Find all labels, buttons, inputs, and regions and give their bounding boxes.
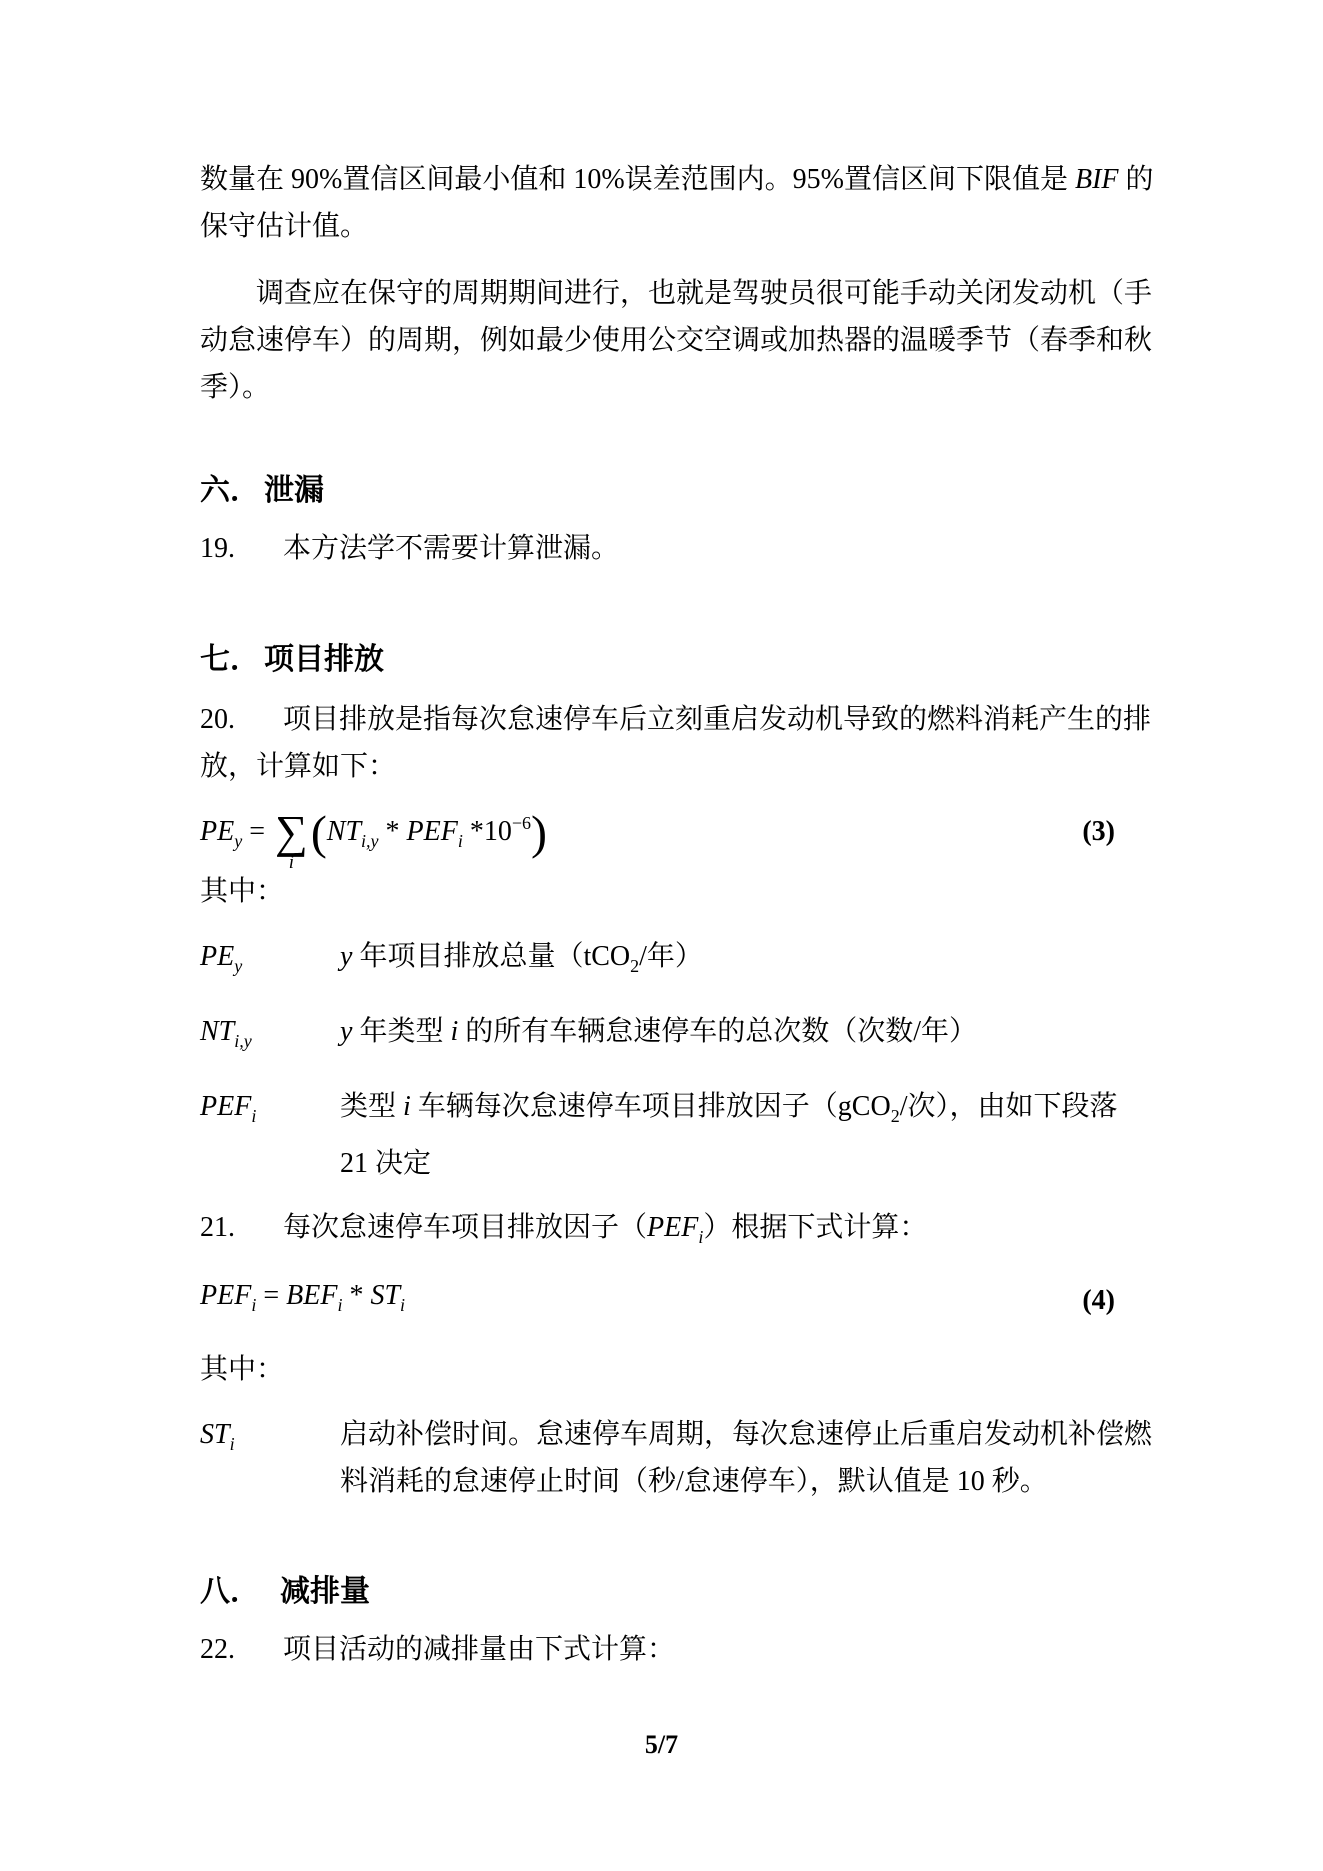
equation-number: (4) (1082, 1285, 1115, 1317)
paragraph-survey-period: 调查应在保守的周期期间进行，也就是驾驶员很可能手动关闭发动机（手 动怠速停车）的… (200, 270, 1115, 411)
where-label: 其中： (200, 1346, 1115, 1393)
text-run: 保守估计值。 (200, 211, 368, 242)
equals-sign: = (256, 1280, 286, 1311)
text-line: 料消耗的怠速停止时间（秒/怠速停车），默认值是 10 秒。 (340, 1458, 1152, 1505)
text-line: 放，计算如下： (200, 743, 1115, 790)
equation-number: (3) (1082, 816, 1115, 848)
definition-term: PEFi (200, 1083, 340, 1187)
subscript: 2 (630, 956, 639, 976)
section-title: 泄漏 (264, 474, 324, 507)
variable-pe: PE (200, 941, 234, 972)
equation-4: PEFi = BEFi * STi (4) (200, 1277, 1115, 1324)
text-line: 22.项目活动的减排量由下式计算： (200, 1626, 1115, 1673)
text-run: 启动补偿时间。怠速停车周期，每次怠速停止后重启发动机补偿燃 (340, 1419, 1152, 1450)
variable-pef: PEF (200, 1091, 251, 1122)
definition-row-st: STi 启动补偿时间。怠速停车周期，每次怠速停止后重启发动机补偿燃 料消耗的怠速… (200, 1411, 1115, 1505)
paragraph-confidence-interval: 数量在 90%置信区间最小值和 10%误差范围内。95%置信区间下限值是 BIF… (200, 156, 1115, 250)
subscript: i (230, 1434, 235, 1454)
page-number-text: 5/7 (645, 1730, 678, 1759)
summation-index: i (289, 853, 294, 873)
close-paren: ) (531, 807, 547, 860)
section-title: 减排量 (280, 1575, 370, 1608)
text-line: 启动补偿时间。怠速停车周期，每次怠速停止后重启发动机补偿燃 (340, 1411, 1152, 1458)
equation-3-formula: PEy = ∑i(NTi,y * PEFi *10−6) (200, 788, 547, 876)
subscript: i,y (361, 831, 379, 851)
subscript: i (251, 1106, 256, 1126)
summation-symbol: ∑i (275, 811, 308, 873)
text-line: y 年项目排放总量（tCO2/年） (340, 933, 1115, 990)
text-run: 放，计算如下： (200, 751, 396, 782)
paragraph-number: 19. (200, 525, 283, 572)
text-run: 调查应在保守的周期期间进行，也就是驾驶员很可能手动关闭发动机（手 (256, 278, 1152, 309)
definition-row-nt: NTi,y y 年类型 i 的所有车辆怠速停车的总次数（次数/年） (200, 1008, 1115, 1065)
text-line: 动怠速停车）的周期，例如最少使用公交空调或加热器的温暖季节（春季和秋 (200, 317, 1115, 364)
paragraph-number: 21. (200, 1204, 283, 1251)
variable-pef: PEF (407, 816, 458, 847)
paragraph-20: 20.项目排放是指每次怠速停车后立刻重启发动机导致的燃料消耗产生的排 放，计算如… (200, 696, 1115, 790)
equation-3: PEy = ∑i(NTi,y * PEFi *10−6) (3) (200, 796, 1115, 868)
exponent: −6 (512, 813, 531, 833)
operator: *10 (463, 816, 512, 847)
definition-row-pef: PEFi 类型 i 车辆每次怠速停车项目排放因子（gCO2/次），由如下段落 2… (200, 1083, 1115, 1187)
paragraph-number: 22. (200, 1626, 283, 1673)
variable-pef: PEF (200, 1280, 251, 1311)
variable-i: i (403, 1091, 411, 1122)
definition-text: 类型 i 车辆每次怠速停车项目排放因子（gCO2/次），由如下段落 21 决定 (340, 1083, 1117, 1187)
text-run: ）根据下式计算： (703, 1212, 927, 1243)
variable-bef: BEF (286, 1280, 337, 1311)
text-run: 年类型 (352, 1016, 450, 1047)
sigma-icon: ∑ (275, 811, 308, 853)
section-number: 八． (200, 1570, 280, 1614)
text-run: 年项目排放总量（tCO (352, 941, 630, 972)
text-run: 项目活动的减排量由下式计算： (283, 1634, 675, 1665)
variable-nt: NT (327, 816, 361, 847)
subscript: i (400, 1295, 405, 1315)
text-run: /次），由如下段落 (900, 1091, 1118, 1122)
variable-y: y (340, 1016, 352, 1047)
definition-term: NTi,y (200, 1008, 340, 1065)
definition-text: y 年项目排放总量（tCO2/年） (340, 933, 1115, 990)
definition-row-pe: PEy y 年项目排放总量（tCO2/年） (200, 933, 1115, 990)
text-run: 21 决定 (340, 1148, 431, 1179)
text-run: 料消耗的怠速停止时间（秒/怠速停车），默认值是 10 秒。 (340, 1466, 1048, 1497)
text-run: 的所有车辆怠速停车的总次数（次数/年） (458, 1016, 977, 1047)
text-run: /年） (639, 941, 703, 972)
subscript: 2 (891, 1106, 900, 1126)
section-number: 七． (200, 638, 264, 682)
variable-pef: PEF (647, 1212, 698, 1243)
document-page: 数量在 90%置信区间最小值和 10%误差范围内。95%置信区间下限值是 BIF… (0, 0, 1323, 1871)
section-heading-leakage: 六．泄漏 (200, 469, 1115, 513)
text-line: y 年类型 i 的所有车辆怠速停车的总次数（次数/年） (340, 1008, 1115, 1055)
operator: * (379, 816, 407, 847)
variable-nt: NT (200, 1016, 234, 1047)
text-run: 本方法学不需要计算泄漏。 (283, 533, 619, 564)
text-line: 类型 i 车辆每次怠速停车项目排放因子（gCO2/次），由如下段落 (340, 1083, 1117, 1140)
paragraph-21: 21.每次怠速停车项目排放因子（PEFi）根据下式计算： (200, 1204, 1115, 1261)
equals-sign: = (242, 816, 272, 847)
equation-4-formula: PEFi = BEFi * STi (200, 1272, 405, 1329)
text-line: 季）。 (200, 364, 1115, 411)
text-run: 季）。 (200, 372, 270, 403)
text-line: 调查应在保守的周期期间进行，也就是驾驶员很可能手动关闭发动机（手 (200, 270, 1115, 317)
section-heading-emission-reductions: 八．减排量 (200, 1570, 1115, 1614)
variable-st: ST (200, 1419, 230, 1450)
paragraph-19: 19.本方法学不需要计算泄漏。 (200, 525, 1115, 572)
section-heading-project-emissions: 七．项目排放 (200, 638, 1115, 682)
section-title: 项目排放 (264, 643, 384, 676)
section-number: 六． (200, 469, 264, 513)
open-paren: ( (311, 807, 327, 860)
text-line: 19.本方法学不需要计算泄漏。 (200, 525, 1115, 572)
text-run: 其中： (200, 1354, 284, 1385)
variable-bif: BIF (1075, 164, 1119, 195)
variable-pe: PE (200, 816, 234, 847)
text-run: 其中： (200, 876, 284, 907)
text-run: 动怠速停车）的周期，例如最少使用公交空调或加热器的温暖季节（春季和秋 (200, 325, 1152, 356)
definition-text: y 年类型 i 的所有车辆怠速停车的总次数（次数/年） (340, 1008, 1115, 1065)
text-run: 车辆每次怠速停车项目排放因子（gCO (411, 1091, 891, 1122)
paragraph-number: 20. (200, 696, 283, 743)
subscript: i,y (234, 1031, 252, 1051)
text-line: 21.每次怠速停车项目排放因子（PEFi）根据下式计算： (200, 1204, 1115, 1261)
text-run: 项目排放是指每次怠速停车后立刻重启发动机导致的燃料消耗产生的排 (283, 704, 1151, 735)
subscript: y (234, 956, 242, 976)
text-run: 类型 (340, 1091, 403, 1122)
page-number: 5/7 (0, 1730, 1323, 1760)
paragraph-22: 22.项目活动的减排量由下式计算： (200, 1626, 1115, 1673)
text-run: 每次怠速停车项目排放因子（ (283, 1212, 647, 1243)
text-run: 数量在 90%置信区间最小值和 10%误差范围内。95%置信区间下限值是 (200, 164, 1075, 195)
definition-term: PEy (200, 933, 340, 990)
text-run: 的 (1119, 164, 1154, 195)
definition-text: 启动补偿时间。怠速停车周期，每次怠速停止后重启发动机补偿燃 料消耗的怠速停止时间… (340, 1411, 1152, 1505)
text-line: 保守估计值。 (200, 203, 1115, 250)
definition-term: STi (200, 1411, 340, 1505)
text-line: 数量在 90%置信区间最小值和 10%误差范围内。95%置信区间下限值是 BIF… (200, 156, 1115, 203)
variable-st: ST (370, 1280, 400, 1311)
text-line: 21 决定 (340, 1140, 1117, 1187)
operator: * (342, 1280, 370, 1311)
variable-y: y (340, 941, 352, 972)
text-line: 20.项目排放是指每次怠速停车后立刻重启发动机导致的燃料消耗产生的排 (200, 696, 1115, 743)
